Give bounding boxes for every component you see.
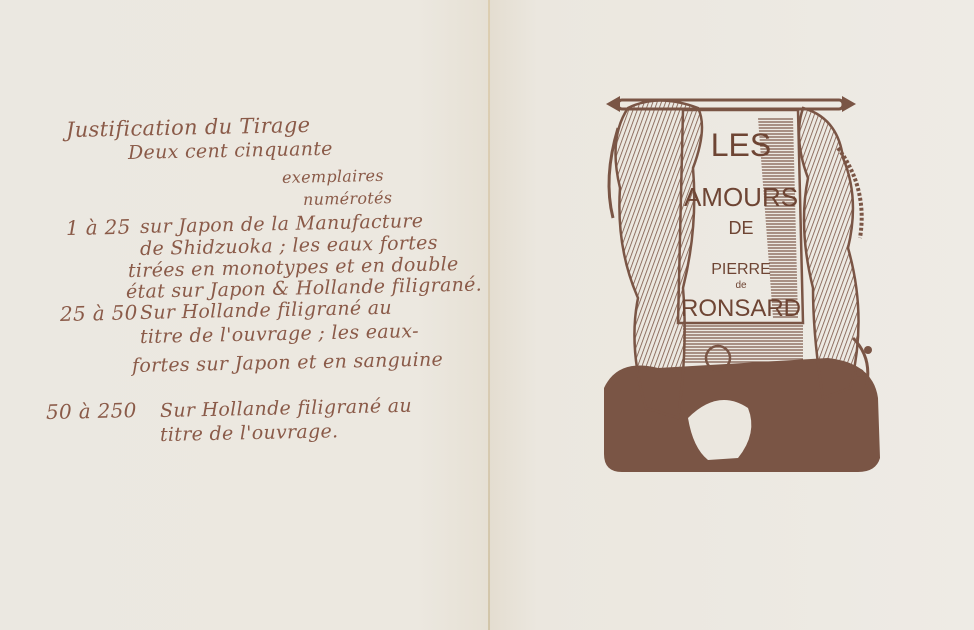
svg-text:DE: DE bbox=[728, 218, 753, 238]
entry-range: 1 à 25 bbox=[66, 215, 131, 240]
entry-line: titre de l'ouvrage. bbox=[160, 420, 339, 446]
entry-range: 25 à 50 bbox=[60, 300, 138, 326]
entry-range: 50 à 250 bbox=[46, 398, 137, 424]
svg-text:AMOURS: AMOURS bbox=[684, 182, 798, 212]
book-spread: Justification du Tirage Deux cent cinqua… bbox=[0, 0, 974, 630]
book-spine-fold bbox=[488, 0, 490, 630]
justification-line: Deux cent cinquante bbox=[128, 138, 333, 164]
svg-text:LES: LES bbox=[711, 127, 771, 163]
justification-heading: Justification du Tirage bbox=[66, 113, 311, 142]
justification-line: numérotés bbox=[303, 188, 393, 209]
justification-line: exemplaires bbox=[282, 166, 384, 187]
svg-text:RONSARD: RONSARD bbox=[681, 295, 801, 322]
svg-text:de: de bbox=[735, 280, 747, 291]
svg-text:PIERRE: PIERRE bbox=[711, 261, 771, 278]
frontispiece-engraving: LES AMOURS DE PIERRE de RONSARD bbox=[598, 88, 882, 474]
